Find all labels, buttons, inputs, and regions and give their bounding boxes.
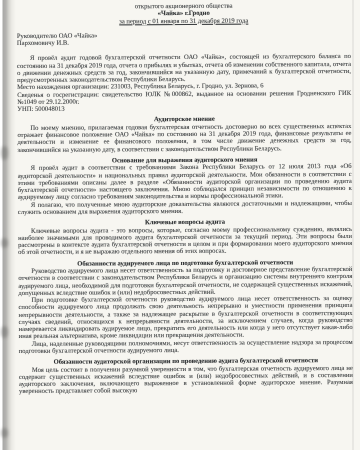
scan-left-shadow [0,0,16,450]
scan-artifact [1,326,8,338]
basis-paragraph-1: Я провёл аудит в соответствии с требован… [18,163,352,201]
basis-paragraph-2: Я полагаю, что полученные мною аудиторск… [18,199,352,216]
scan-artifact [1,146,8,160]
addressee-block: Руководителю ОАО «Чайка» Пархомовичу И.В… [17,31,351,48]
entity-responsibility-paragraph-2: При подготовке бухгалтерской отчетности … [18,295,352,341]
audit-report-page: открытого акционерного общества «Чайка» … [0,0,360,450]
key-matters-paragraph: Ключевые вопросы аудита - это вопросы, к… [18,225,352,256]
auditor-responsibility-paragraph-1: Моя цель состоит в получении разумной ув… [19,364,353,395]
document-header: открытого акционерного общества «Чайка» … [17,2,351,26]
scan-right-crease [352,0,354,450]
report-period-line: за период с 01 января по 31 декабря 2019… [17,16,351,25]
scan-artifact [1,238,8,248]
scan-artifact [1,428,8,438]
addressee-name: Пархомовичу И.В. [17,38,351,47]
opinion-paragraph: По моему мнению, прилагаемая годовая бух… [17,123,351,154]
entity-responsibility-paragraph-3: Лица, наделенные руководящими полномочия… [19,338,353,355]
entity-responsibility-paragraph-1: Руководство аудируемого лица несет ответ… [18,266,352,297]
intro-paragraph: Я провёл аудит годовой бухгалтерской отч… [17,53,351,84]
